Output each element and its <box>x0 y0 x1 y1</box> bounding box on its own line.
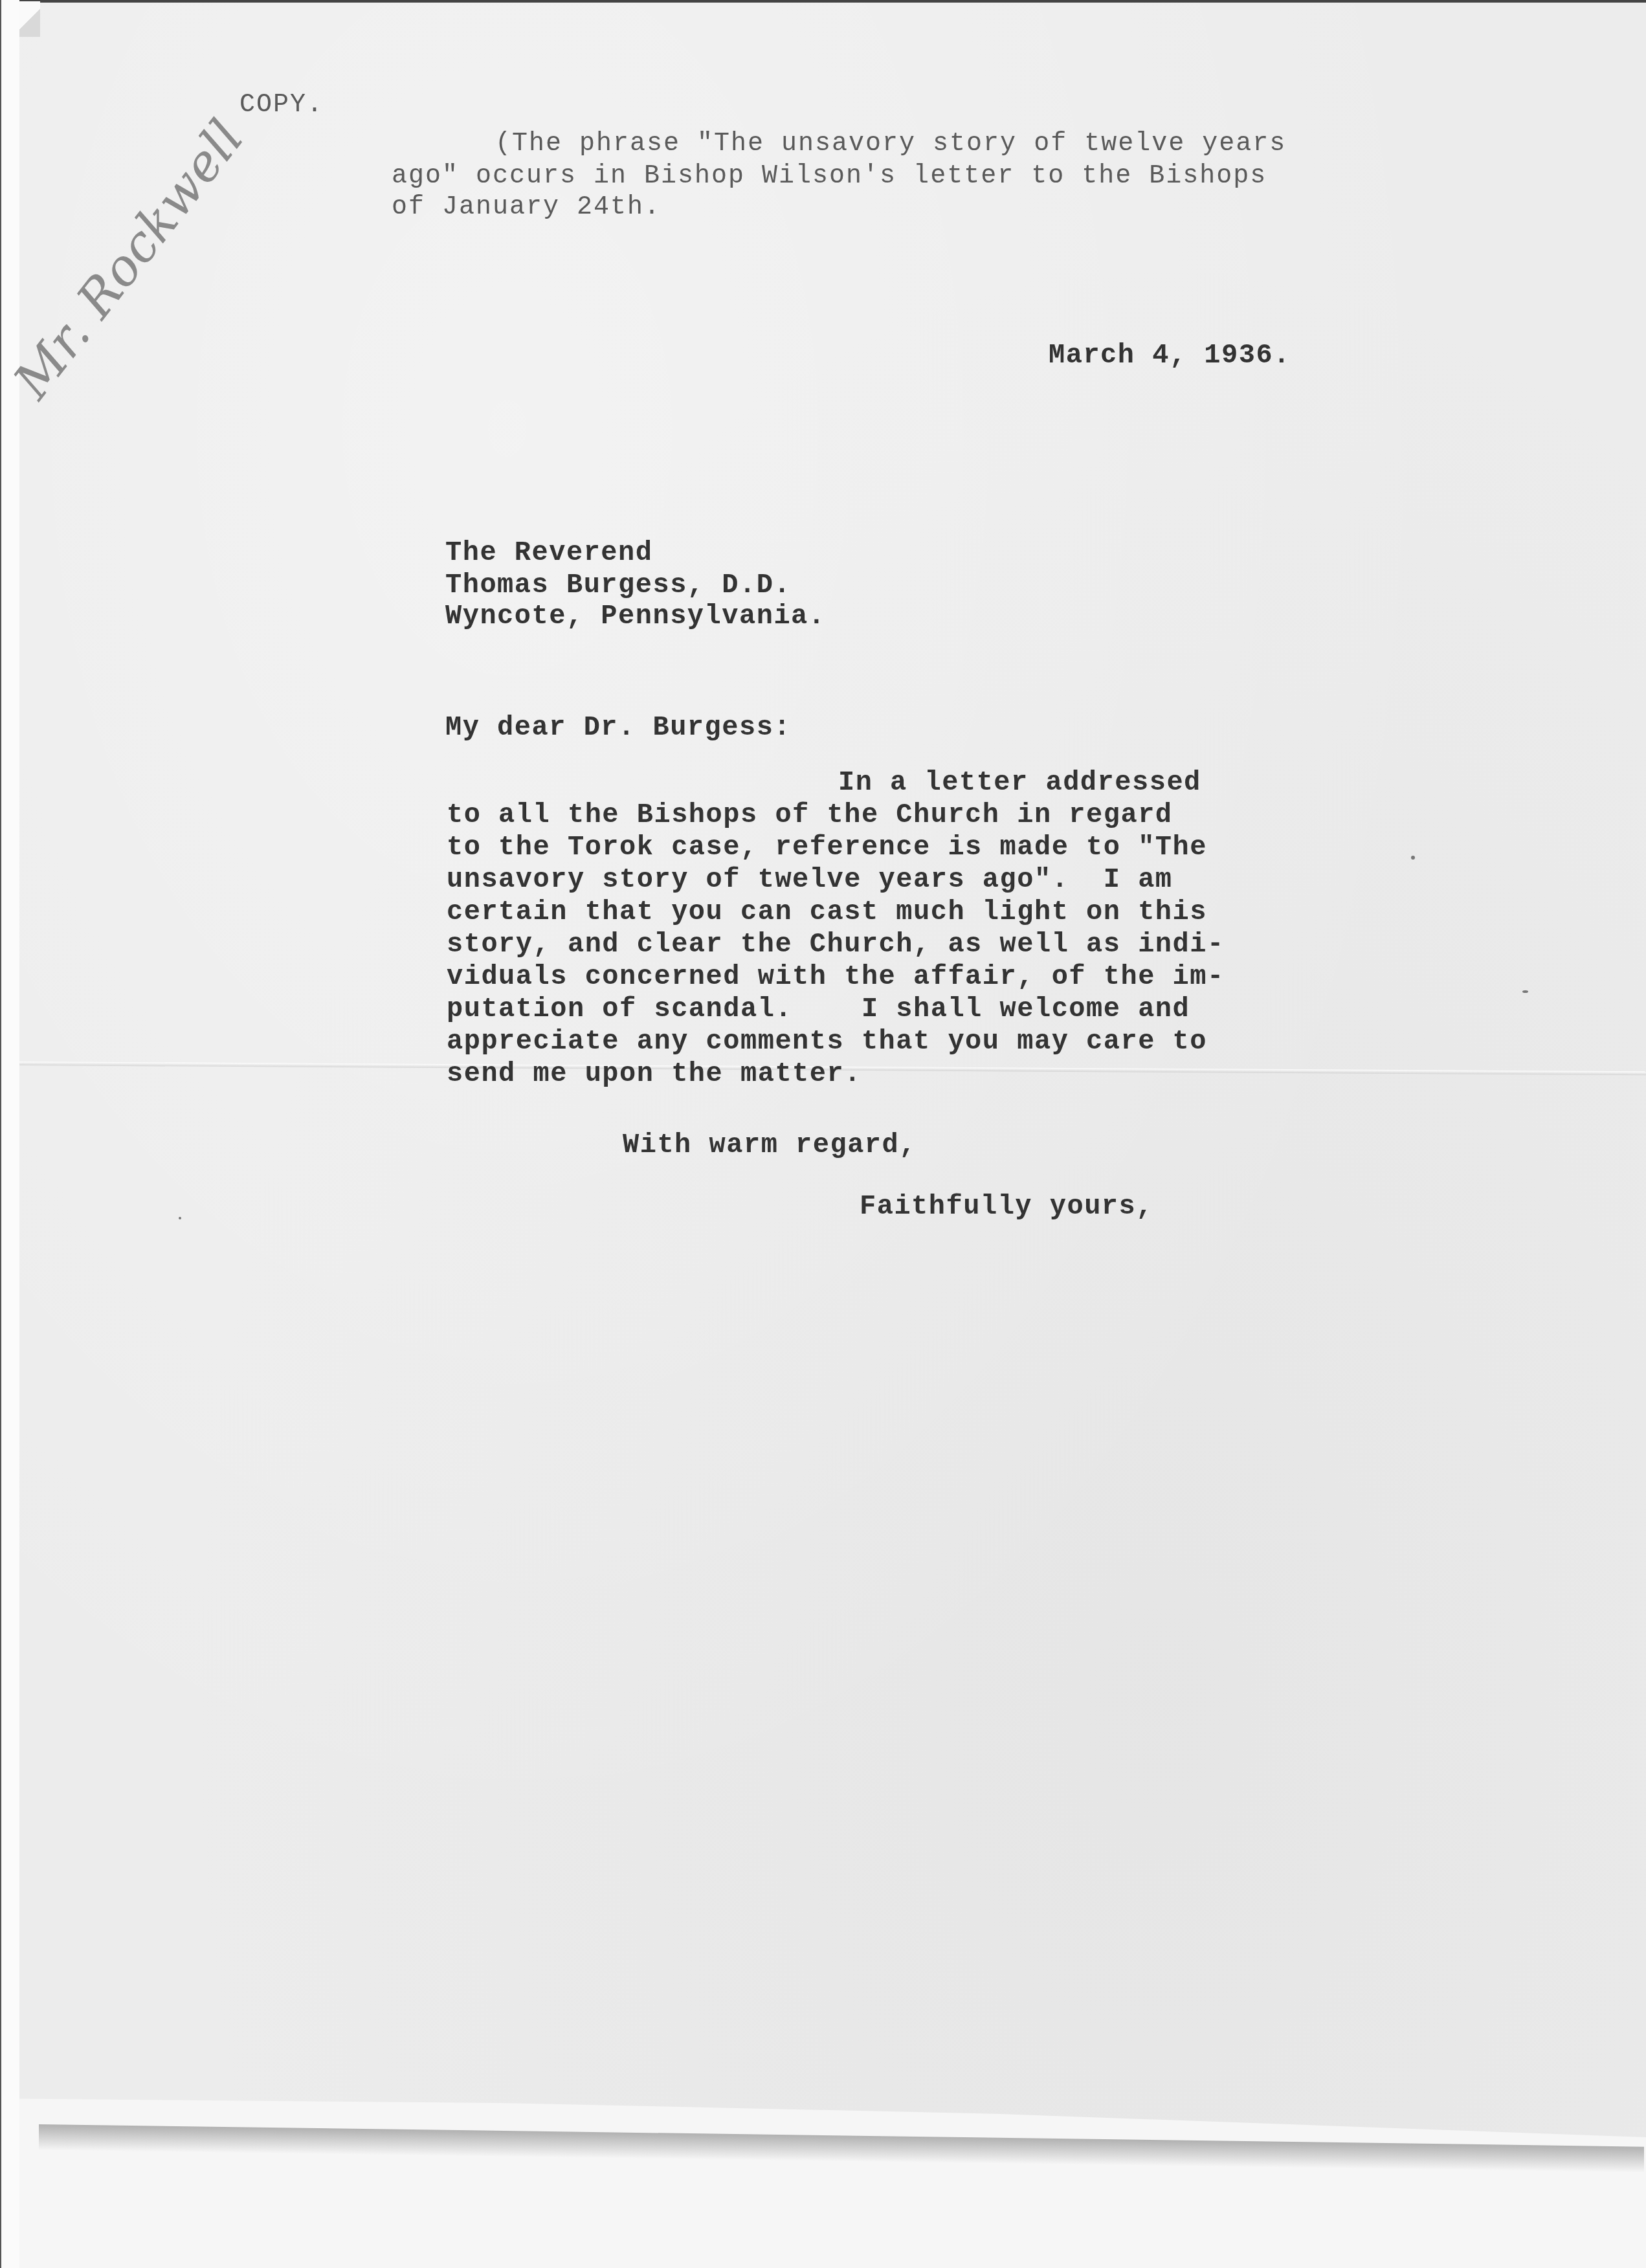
body-line: story, and clear the Church, as well as … <box>447 929 1225 960</box>
copy-label: COPY. <box>239 91 324 120</box>
body-line: to the Torok case, reference is made to … <box>447 832 1207 863</box>
body-line: to all the Bishops of the Church in rega… <box>447 799 1173 830</box>
scanner-bed-edge <box>0 0 19 2268</box>
paper-speck <box>1522 990 1528 993</box>
paper-bottom-shadow <box>39 2124 1644 2173</box>
body-line: In a letter addressed <box>838 767 1201 798</box>
note-line: (The phrase "The unsavory story of twelv… <box>495 129 1286 159</box>
body-line: appreciate any comments that you may car… <box>447 1026 1207 1057</box>
body-line: send me upon the matter. <box>447 1058 862 1089</box>
closing-signoff: Faithfully yours, <box>860 1191 1153 1222</box>
body-line: putation of scandal. I shall welcome and <box>447 994 1190 1025</box>
letter-date: March 4, 1936. <box>1049 340 1291 371</box>
recipient-name: Thomas Burgess, D.D. <box>445 570 791 601</box>
recipient-line: The Reverend <box>445 537 652 568</box>
recipient-location: Wyncote, Pennsylvania. <box>445 601 826 632</box>
salutation: My dear Dr. Burgess: <box>445 712 791 743</box>
scan-top-edge <box>19 0 1646 3</box>
note-line: ago" occurs in Bishop Wilson's letter to… <box>392 162 1267 191</box>
body-line: certain that you can cast much light on … <box>447 896 1207 928</box>
note-line: of January 24th. <box>392 193 661 222</box>
body-line: unsavory story of twelve years ago". I a… <box>447 864 1173 895</box>
closing-regard: With warm regard, <box>623 1129 917 1161</box>
body-line: viduals concerned with the affair, of th… <box>447 961 1225 992</box>
folded-corner <box>19 1 40 37</box>
paper-speck <box>179 1217 181 1219</box>
paper-speck <box>1411 856 1415 860</box>
